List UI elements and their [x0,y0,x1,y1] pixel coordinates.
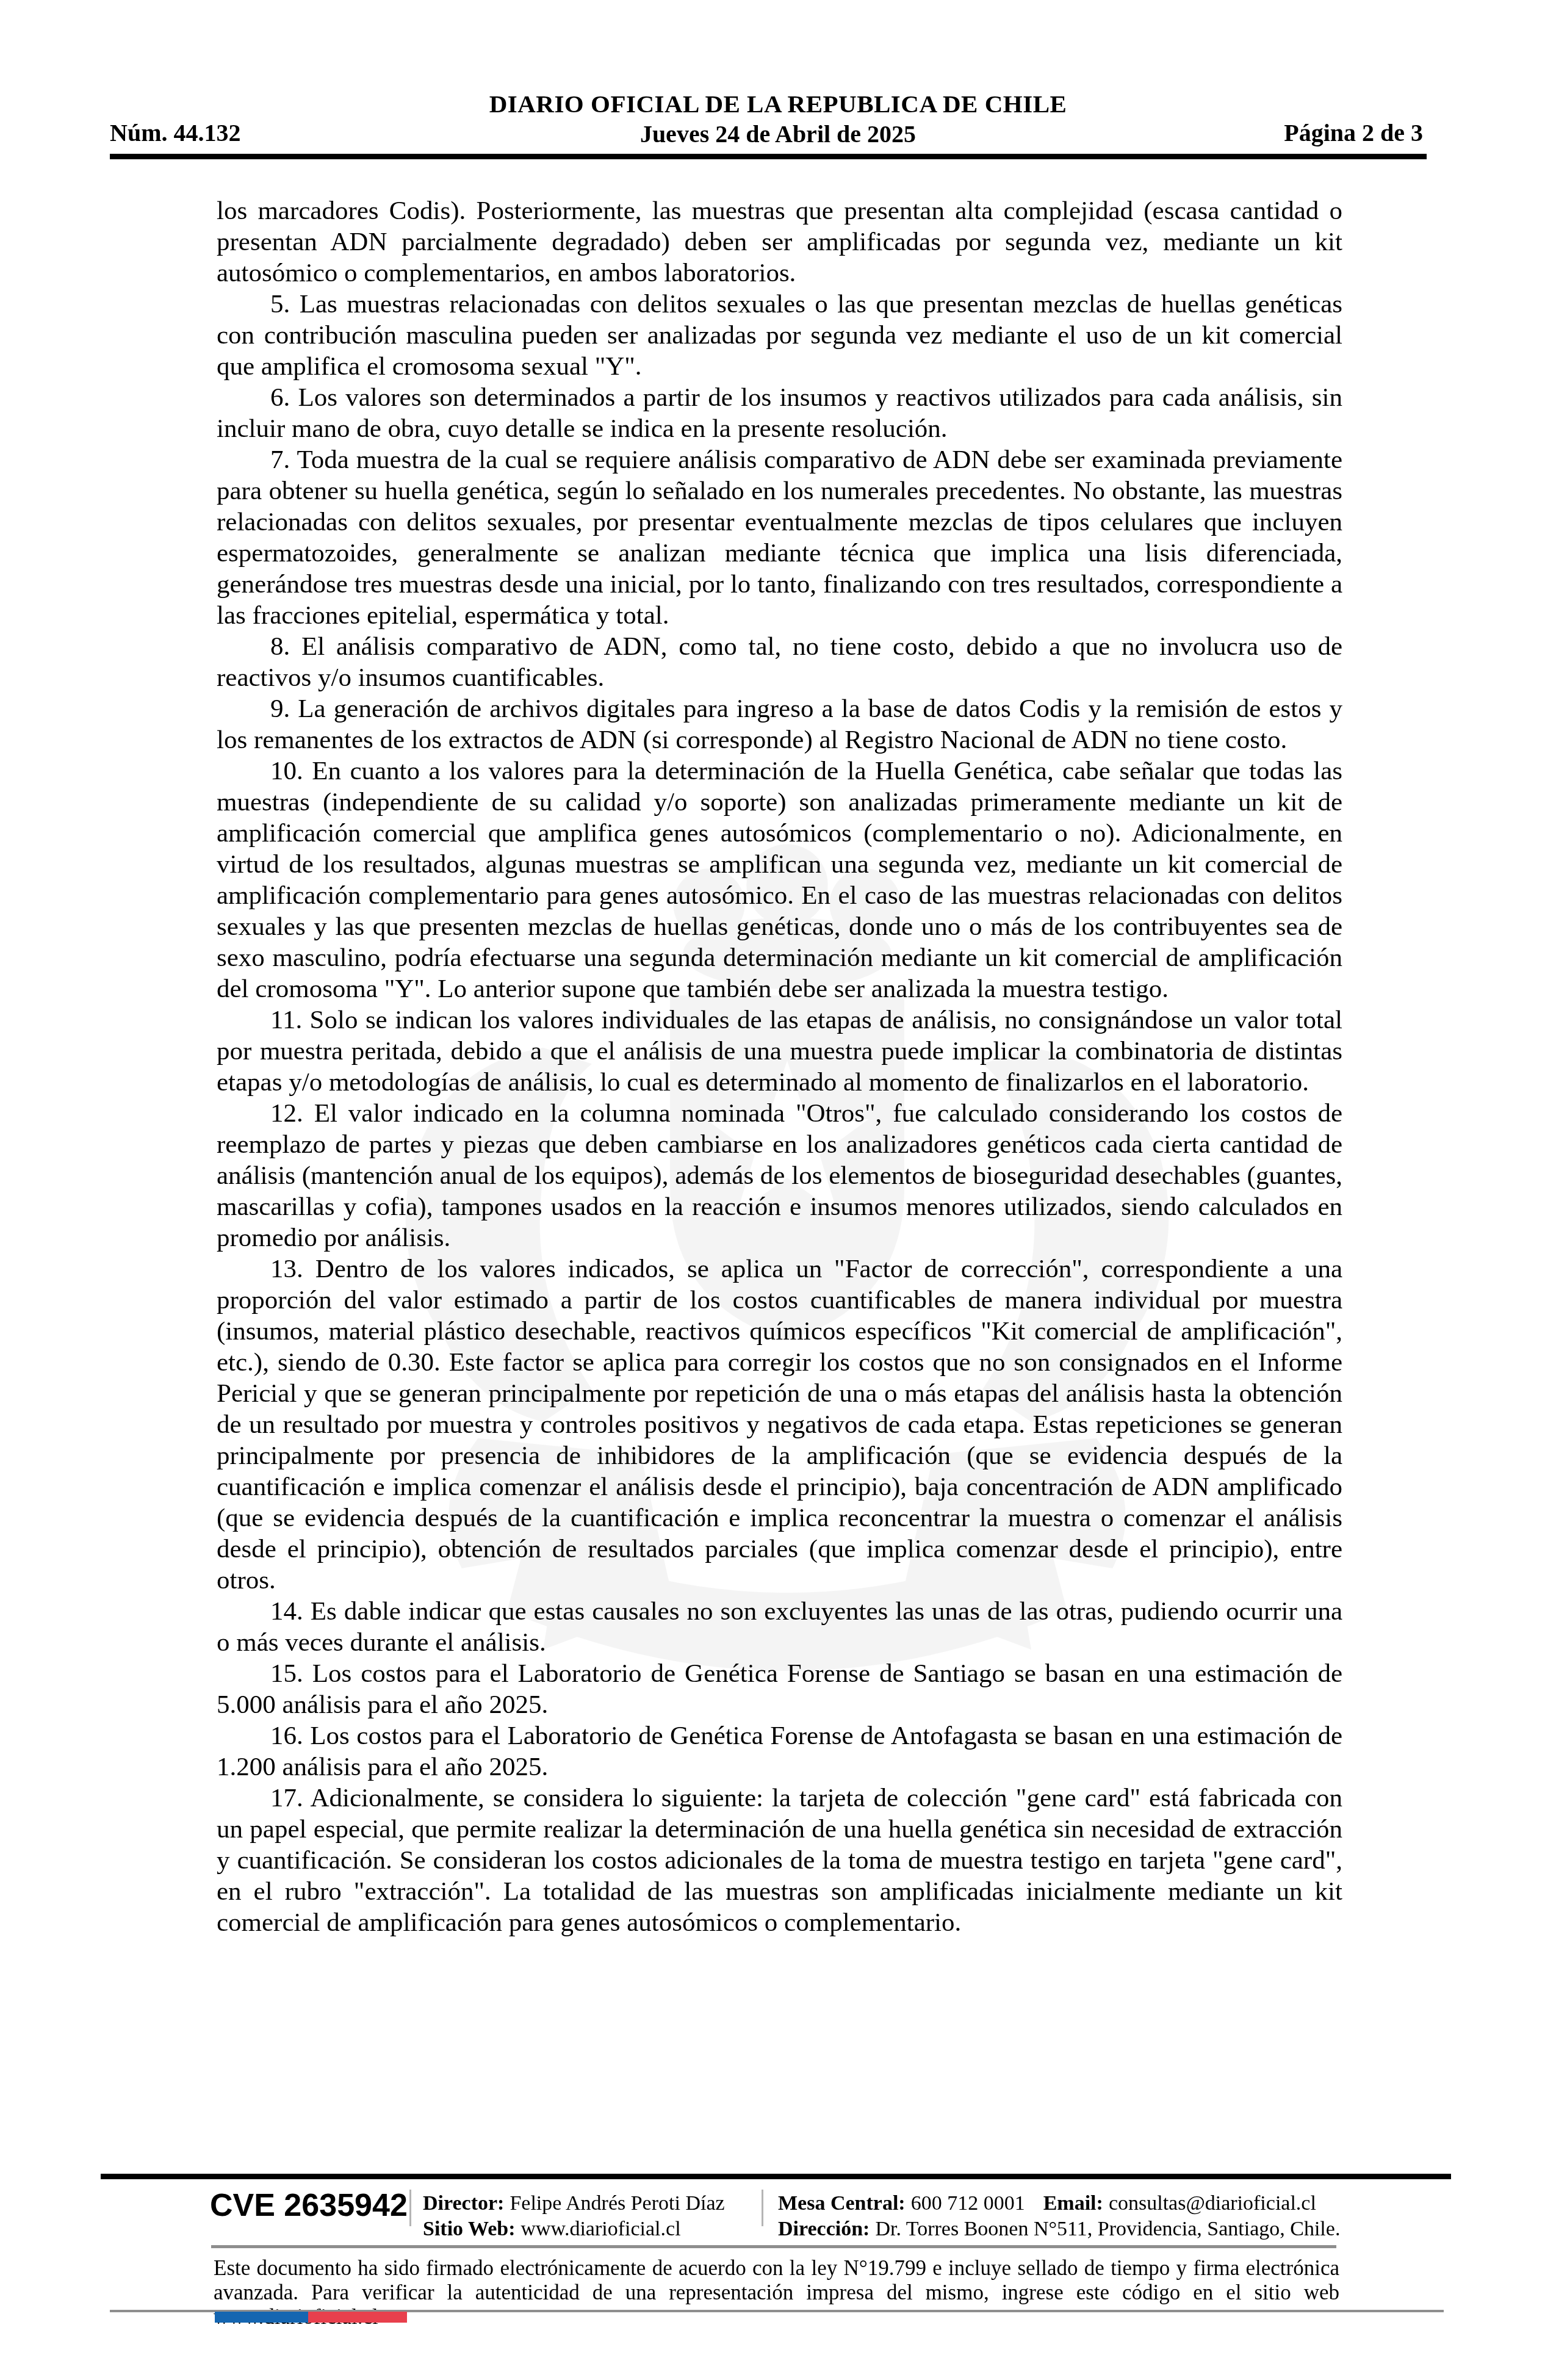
body-paragraph: 15. Los costos para el Laboratorio de Ge… [217,1658,1342,1720]
body-paragraph: 12. El valor indicado en la columna nomi… [217,1098,1342,1253]
address-value: Dr. Torres Boonen N°511, Providencia, Sa… [875,2218,1340,2240]
footer-middle-rule [211,2245,1336,2248]
body-paragraph: 10. En cuanto a los valores para la dete… [217,755,1342,1004]
footer-divider-right [762,2190,763,2226]
website-value: www.diarioficial.cl [520,2218,680,2240]
body-paragraph: 11. Solo se indican los valores individu… [217,1004,1342,1098]
address-line: Dirección:Dr. Torres Boonen N°511, Provi… [778,2216,1340,2242]
phone-label: Mesa Central: [778,2192,906,2215]
cve-code: CVE 2635942 [210,2187,408,2224]
email-value: consultas@diarioficial.cl [1109,2192,1316,2215]
document-body: los marcadores Codis). Posteriormente, l… [217,195,1342,1938]
director-value: Felipe Andrés Peroti Díaz [510,2192,724,2215]
body-paragraph: 14. Es dable indicar que estas causales … [217,1596,1342,1658]
gazette-title: DIARIO OFICIAL DE LA REPUBLICA DE CHILE [0,89,1556,118]
director-line: Director:Felipe Andrés Peroti Díaz [423,2191,725,2216]
email-label: Email: [1043,2192,1103,2215]
body-paragraph: 8. El análisis comparativo de ADN, como … [217,631,1342,693]
flag-blue-segment [215,2312,308,2323]
body-paragraph: 5. Las muestras relacionadas con delitos… [217,289,1342,382]
director-label: Director: [423,2192,504,2215]
body-paragraph: 7. Toda muestra de la cual se requiere a… [217,444,1342,631]
body-paragraph: los marcadores Codis). Posteriormente, l… [217,195,1342,289]
body-paragraph: 13. Dentro de los valores indicados, se … [217,1253,1342,1596]
chile-flag-bar [215,2312,407,2323]
body-paragraph: 9. La generación de archivos digitales p… [217,693,1342,755]
website-label: Sitio Web: [423,2218,515,2240]
body-paragraph: 6. Los valores son determinados a partir… [217,382,1342,444]
website-line: Sitio Web:www.diarioficial.cl [423,2216,725,2242]
footer-director-column: Director:Felipe Andrés Peroti Díaz Sitio… [423,2191,725,2242]
footer-contact-column: Mesa Central:600 712 0001Email:consultas… [778,2191,1340,2242]
body-paragraph: 16. Los costos para el Laboratorio de Ge… [217,1720,1342,1783]
phone-email-line: Mesa Central:600 712 0001Email:consultas… [778,2191,1340,2216]
header-rule [110,154,1427,159]
body-paragraph: 17. Adicionalmente, se considera lo sigu… [217,1783,1342,1938]
document-page: Núm. 44.132 DIARIO OFICIAL DE LA REPUBLI… [0,0,1556,2380]
phone-value: 600 712 0001 [911,2192,1025,2215]
address-label: Dirección: [778,2218,870,2240]
flag-red-segment [308,2312,407,2323]
page-indicator: Página 2 de 3 [1284,118,1423,147]
footer-divider-left [409,2190,411,2226]
footer-top-rule [101,2174,1451,2179]
